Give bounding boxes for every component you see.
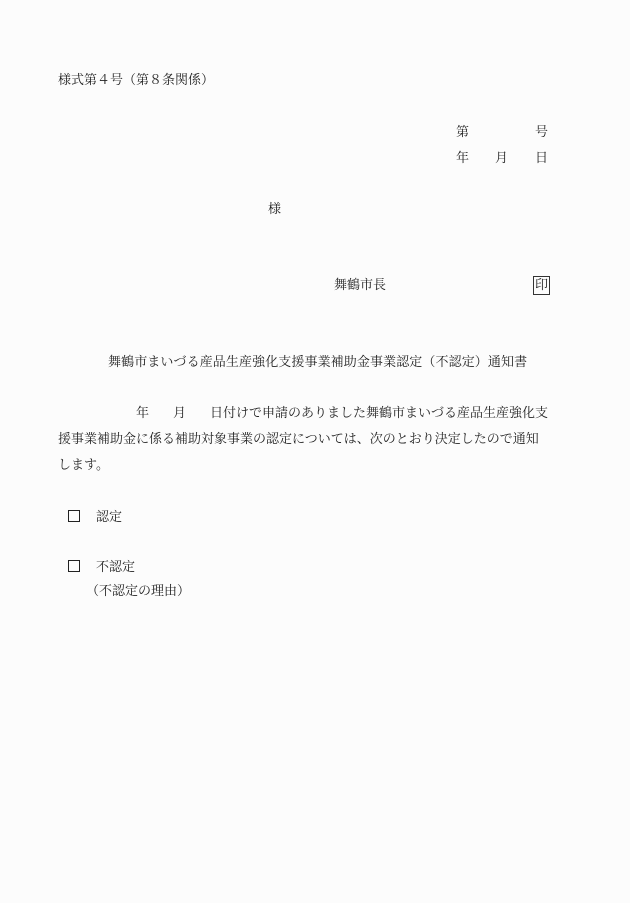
body-line-1: 年月日付けで申請のありました舞鶴市まいづる産品生産強化支 [58,406,548,422]
issue-number-prefix: 第 [456,125,469,141]
date-month: 月 [495,151,508,167]
option-reject-label: 不認定 [96,560,135,575]
date-year: 年 [456,151,469,167]
option-approve-label: 認定 [96,510,122,525]
issue-number-suffix: 号 [535,125,548,141]
date-day: 日 [535,151,548,167]
body-text-1: 日付けで申請のありました舞鶴市まいづる産品生産強化支 [210,406,548,421]
checkbox-reject[interactable] [68,560,80,572]
body-year: 年 [136,406,149,421]
document-title: 舞鶴市まいづる産品生産強化支援事業補助金事業認定（不認定）通知書 [108,355,527,371]
body-line-3: します。 [58,458,109,474]
rejection-reason-label: （不認定の理由） [86,584,190,600]
body-line-2: 援事業補助金に係る補助対象事業の認定については、次のとおり決定したので通知 [58,432,539,448]
addressee-honorific: 様 [268,202,281,218]
body-month: 月 [173,406,186,421]
sender-name: 舞鶴市長 [334,278,386,294]
option-reject[interactable]: 不認定 [68,560,135,576]
option-approve[interactable]: 認定 [68,510,122,526]
seal-stamp-box: 印 [533,276,550,295]
checkbox-approve[interactable] [68,510,80,522]
form-number: 様式第４号（第８条関係） [58,73,214,89]
